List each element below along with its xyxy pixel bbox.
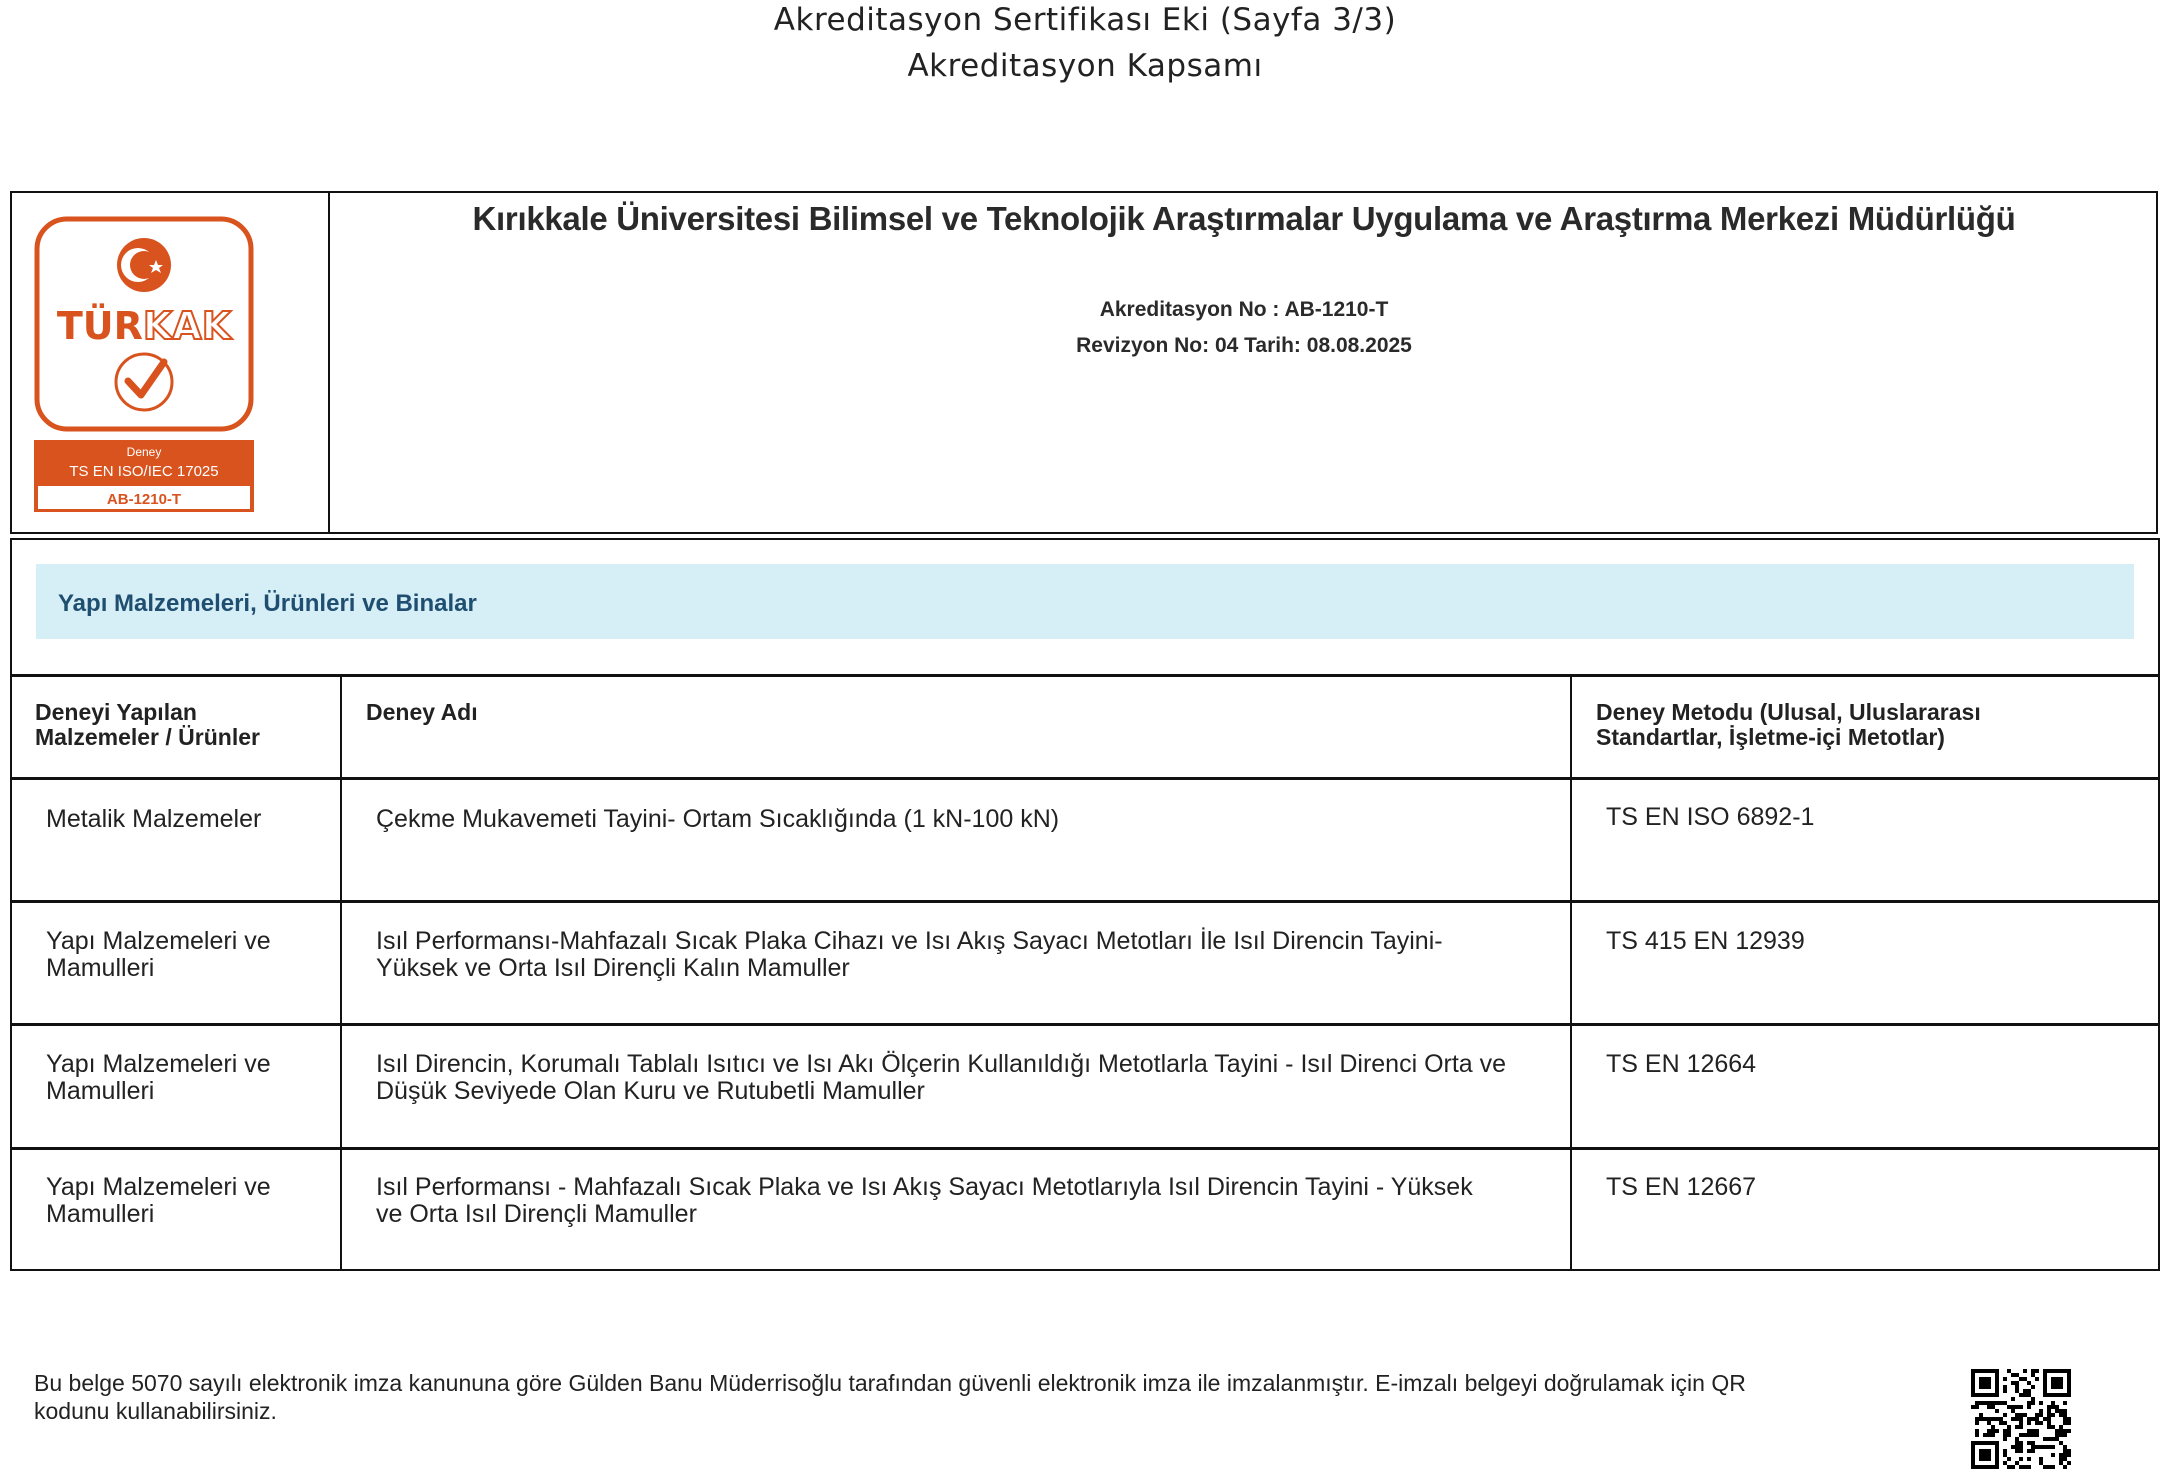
header-divider: [328, 191, 330, 534]
cell-material: Yapı Malzemeleri ve Mamulleri: [46, 1051, 271, 1105]
column-header-test: Deney Adı: [366, 700, 478, 725]
qr-code-icon[interactable]: [1971, 1369, 2071, 1469]
row-line: [10, 1147, 2160, 1150]
cell-material: Metalik Malzemeler: [46, 806, 261, 833]
crescent-star-icon: [117, 238, 171, 292]
accreditation-number: Akreditasyon No : AB-1210-T: [330, 298, 2158, 322]
table-header-top-line: [10, 674, 2160, 677]
row-line: [10, 1023, 2160, 1026]
cell-material: Yapı Malzemeleri ve Mamulleri: [46, 928, 271, 982]
header-box: [10, 191, 2158, 534]
svg-text:Deney: Deney: [127, 445, 162, 459]
revision-info: Revizyon No: 04 Tarih: 08.08.2025: [330, 334, 2158, 358]
document-subtitle: Akreditasyon Kapsamı: [0, 48, 2168, 84]
document-title: Akreditasyon Sertifikası Eki (Sayfa 3/3): [0, 2, 2168, 38]
cell-test: Isıl Direncin, Korumalı Tablalı Isıtıcı …: [376, 1051, 1506, 1105]
checkmark-circle-icon: [116, 354, 172, 410]
row-line: [10, 777, 2160, 780]
column-header-material: Deneyi Yapılan Malzemeler / Ürünler: [35, 700, 260, 750]
cell-method: TS EN ISO 6892-1: [1606, 804, 1814, 831]
column-divider: [340, 675, 342, 1271]
cell-method: TS 415 EN 12939: [1606, 928, 1805, 955]
cell-method: TS EN 12664: [1606, 1051, 1756, 1078]
scope-table: [10, 538, 2160, 1271]
row-line: [10, 900, 2160, 903]
column-divider: [1570, 675, 1572, 1271]
column-header-method: Deney Metodu (Ulusal, Uluslararası Stand…: [1596, 700, 1981, 750]
cell-material: Yapı Malzemeleri ve Mamulleri: [46, 1174, 271, 1228]
cell-method: TS EN 12667: [1606, 1174, 1756, 1201]
organization-name: Kırıkkale Üniversitesi Bilimsel ve Tekno…: [330, 200, 2158, 238]
cell-test: Isıl Performansı-Mahfazalı Sıcak Plaka C…: [376, 928, 1443, 982]
turkak-logo: TÜRKAK Deney TS EN ISO/IEC 17025 AB-1210…: [34, 216, 254, 514]
e-signature-note: Bu belge 5070 sayılı elektronik imza kan…: [34, 1369, 1994, 1425]
svg-text:TS EN ISO/IEC 17025: TS EN ISO/IEC 17025: [69, 463, 218, 480]
turkak-brand-text: TÜRKAK: [57, 304, 233, 348]
svg-text:AB-1210-T: AB-1210-T: [107, 491, 181, 508]
cell-test: Çekme Mukavemeti Tayini- Ortam Sıcaklığı…: [376, 806, 1059, 833]
section-title: Yapı Malzemeleri, Ürünleri ve Binalar: [58, 590, 477, 618]
cell-test: Isıl Performansı - Mahfazalı Sıcak Plaka…: [376, 1174, 1473, 1228]
